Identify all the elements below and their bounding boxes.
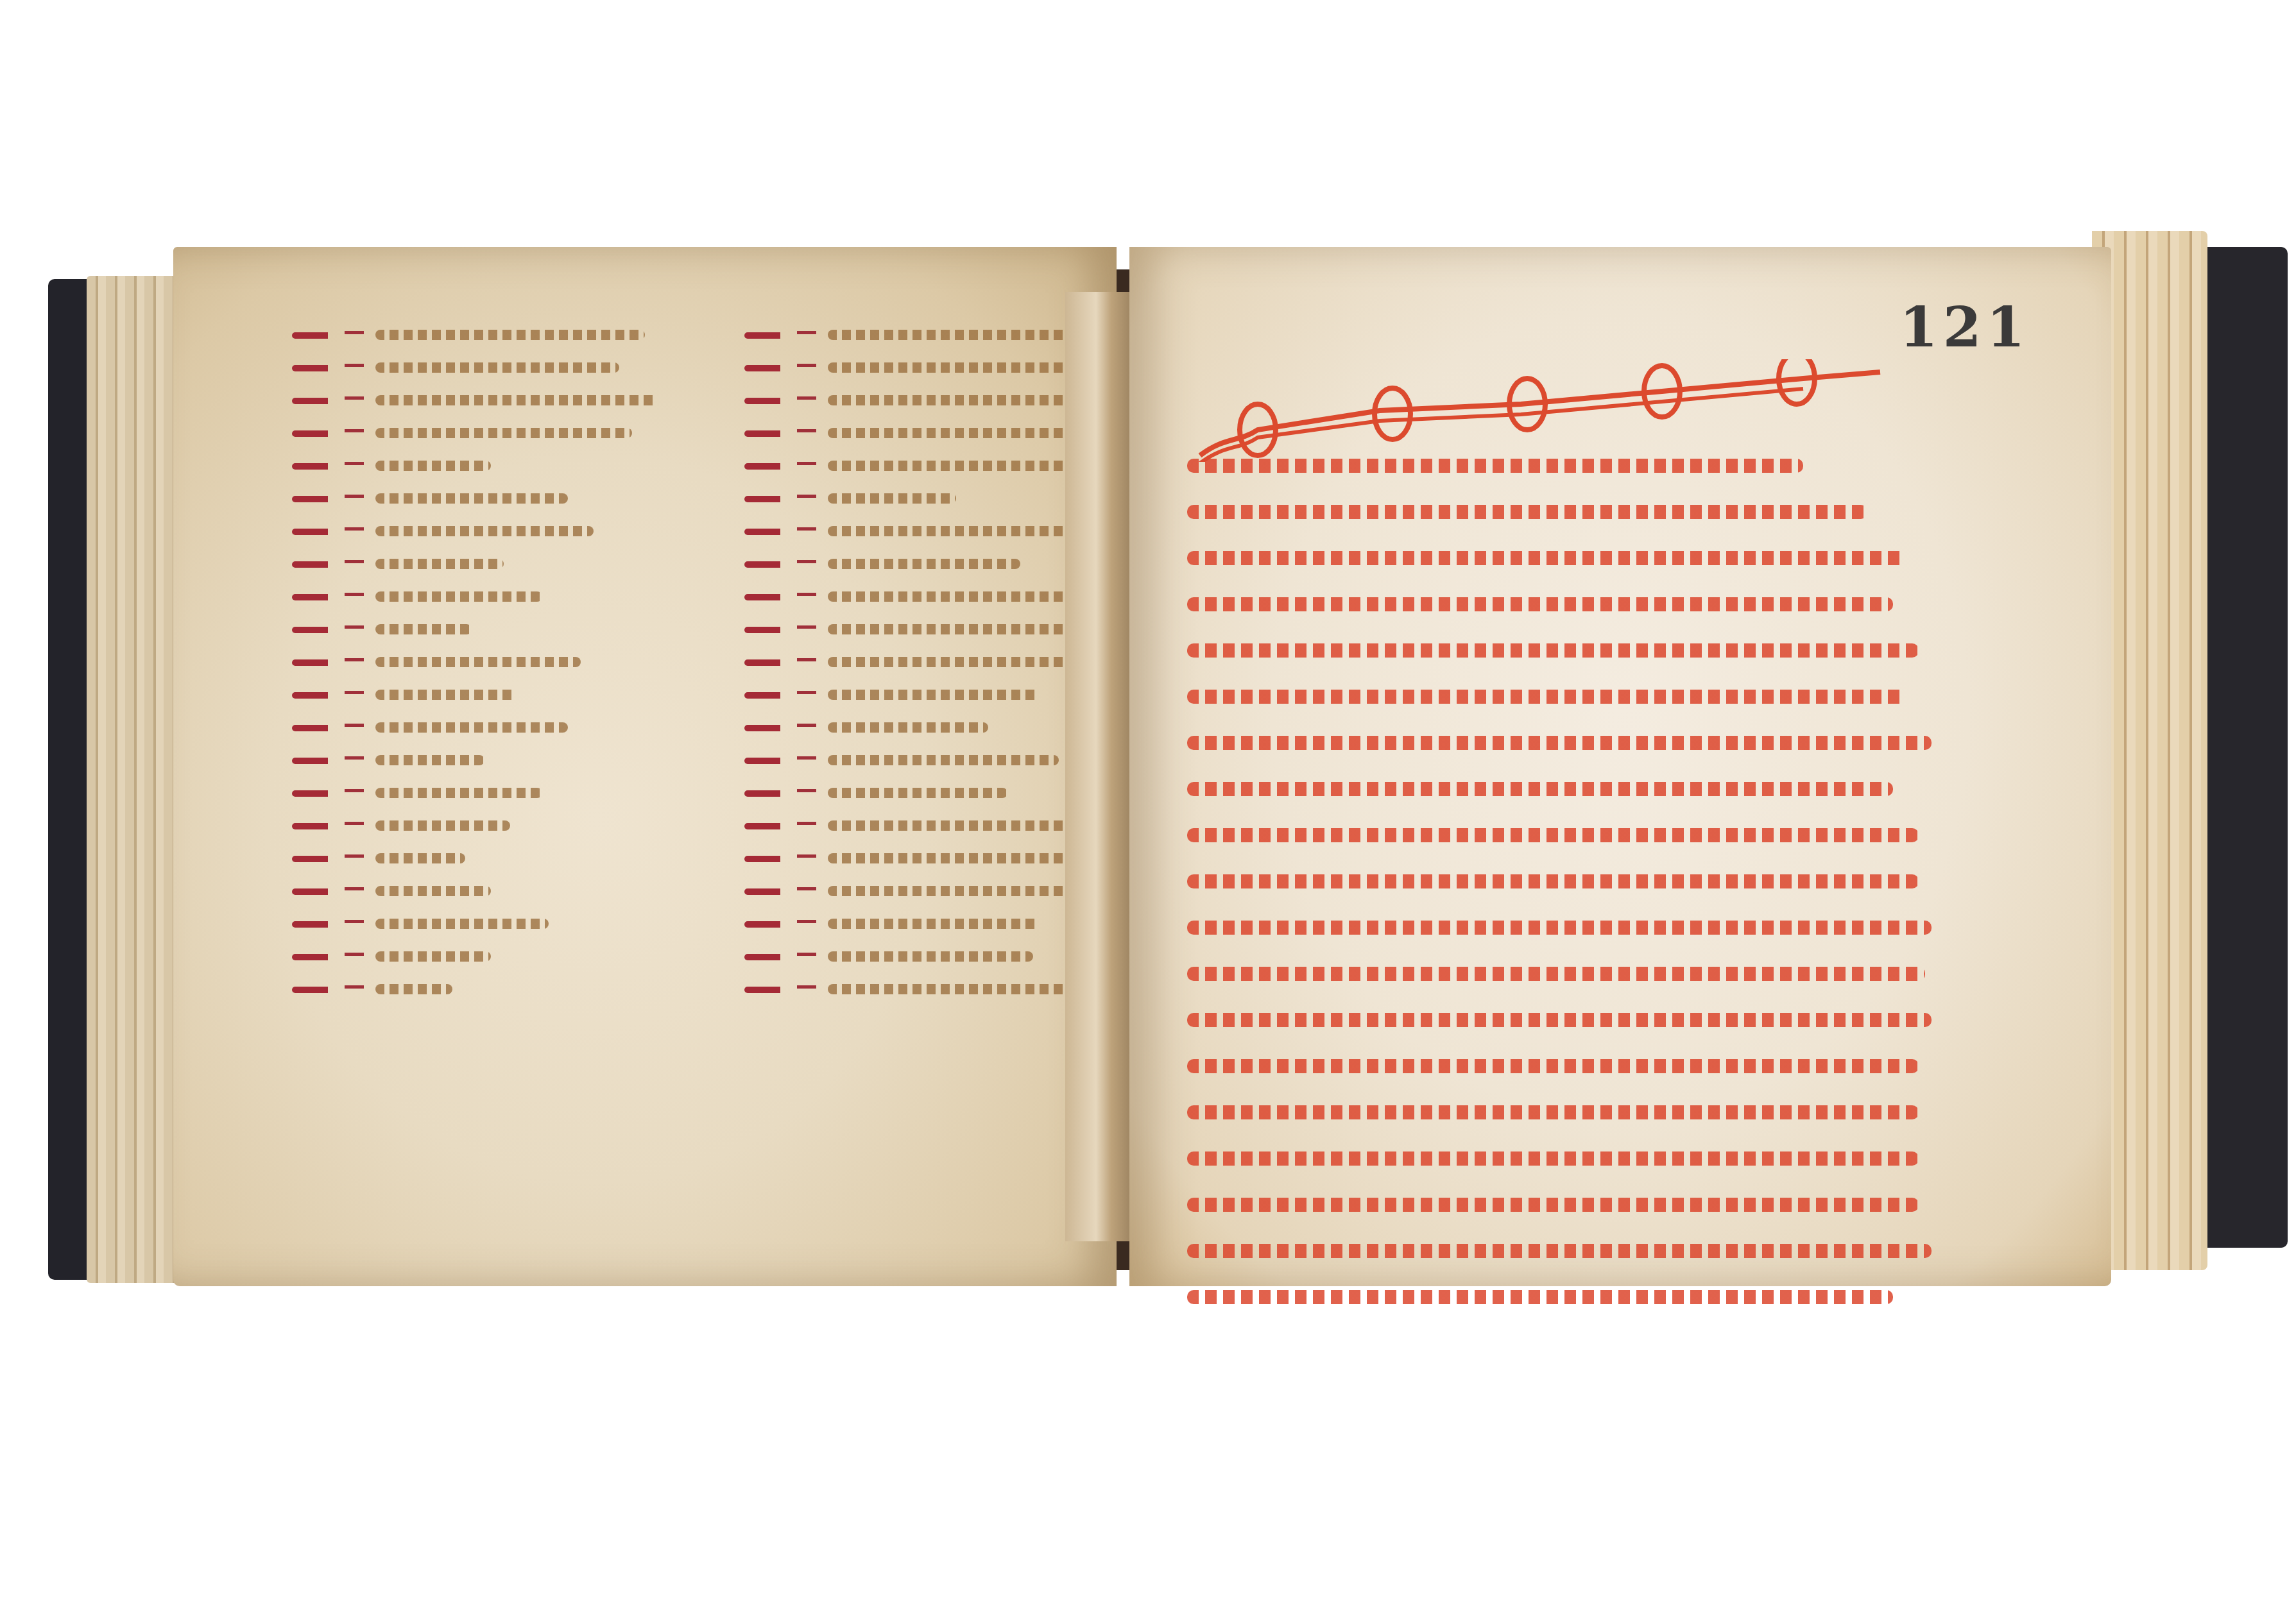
script-text: [1187, 921, 1932, 935]
rubric-mark: [345, 887, 364, 906]
rubric-mark: [345, 625, 364, 644]
rubric-mark: [797, 920, 816, 939]
chapter-numeral: [292, 594, 343, 600]
script-text: [1187, 1198, 1919, 1212]
script-text: [1187, 736, 1932, 750]
rubric-mark: [797, 691, 816, 710]
script-text: [828, 330, 1097, 340]
script-text: [1187, 1059, 1919, 1073]
chapter-numeral: [292, 921, 343, 928]
script-text: [828, 395, 1097, 405]
rubric-mark: [345, 691, 364, 710]
rubric-mark: [797, 724, 816, 742]
chapter-numeral: [744, 888, 796, 895]
rubric-mark: [797, 560, 816, 579]
chapter-numeral: [744, 332, 796, 339]
book-cover-right: [2195, 247, 2288, 1248]
script-text: [375, 559, 504, 569]
rubric-mark: [797, 658, 816, 677]
rubric-mark: [797, 953, 816, 971]
chapter-numeral: [744, 398, 796, 404]
script-text: [375, 461, 491, 471]
script-text: [828, 886, 1072, 896]
rubric-mark: [345, 331, 364, 350]
script-text: [375, 788, 542, 798]
rubric-mark: [345, 985, 364, 1004]
rubric-mark: [345, 822, 364, 840]
script-text: [375, 428, 632, 438]
chapter-numeral: [744, 496, 796, 502]
chapter-numeral: [292, 987, 343, 993]
script-text: [375, 984, 452, 994]
script-text: [828, 624, 1104, 634]
script-text: [375, 886, 491, 896]
rubric-mark: [345, 429, 364, 448]
script-text: [828, 493, 956, 504]
chapter-numeral: [292, 561, 343, 568]
chapter-numeral: [292, 758, 343, 764]
chapter-numeral: [292, 430, 343, 437]
left-page: [173, 247, 1117, 1286]
rubric-mark: [345, 724, 364, 742]
script-text: [1187, 643, 1919, 658]
chapter-numeral: [744, 954, 796, 960]
chapter-numeral: [744, 430, 796, 437]
rubric-mark: [797, 429, 816, 448]
chapter-numeral: [292, 790, 343, 797]
script-text: [828, 362, 1084, 373]
chapter-numeral: [744, 823, 796, 829]
script-text: [1187, 505, 1867, 519]
rubric-mark: [797, 462, 816, 480]
rubric-mark: [797, 527, 816, 546]
script-text: [828, 788, 1007, 798]
rubric-mark: [345, 854, 364, 873]
chapter-numeral: [292, 692, 343, 699]
script-text: [375, 951, 491, 962]
script-text: [1187, 551, 1906, 565]
script-text: [375, 657, 581, 667]
rubric-mark: [797, 985, 816, 1004]
chapter-numeral: [292, 463, 343, 470]
chapter-numeral: [292, 398, 343, 404]
chapter-numeral: [292, 823, 343, 829]
chapter-numeral: [292, 888, 343, 895]
rubric-mark: [345, 593, 364, 611]
rubric-mark: [797, 789, 816, 808]
chapter-numeral: [744, 365, 796, 371]
knot-headpiece: [1187, 359, 1893, 462]
chapter-numeral: [744, 758, 796, 764]
chapter-numeral: [292, 659, 343, 666]
chapter-numeral: [744, 463, 796, 470]
chapter-numeral: [292, 856, 343, 862]
script-text: [828, 919, 1040, 929]
rubric-mark: [345, 953, 364, 971]
script-text: [828, 591, 1097, 602]
rubric-mark: [345, 789, 364, 808]
script-text: [828, 657, 1091, 667]
chapter-numeral: [292, 529, 343, 535]
script-text: [1187, 1290, 1893, 1304]
rubric-mark: [345, 396, 364, 415]
rubric-mark: [797, 625, 816, 644]
chapter-numeral: [744, 627, 796, 633]
script-text: [1187, 1151, 1919, 1166]
script-text: [375, 853, 465, 863]
script-text: [1187, 1105, 1919, 1119]
script-text: [828, 559, 1020, 569]
rubric-mark: [345, 462, 364, 480]
script-text: [375, 493, 568, 504]
rubric-mark: [345, 756, 364, 775]
chapter-numeral: [744, 725, 796, 731]
chapter-numeral: [292, 725, 343, 731]
script-text: [1187, 967, 1925, 981]
chapter-numeral: [744, 529, 796, 535]
script-text: [375, 722, 568, 733]
chapter-numeral: [744, 987, 796, 993]
script-text: [828, 853, 1104, 863]
script-text: [1187, 690, 1906, 704]
rubric-mark: [797, 822, 816, 840]
script-text: [828, 755, 1059, 765]
rubric-mark: [797, 887, 816, 906]
rubric-mark: [345, 920, 364, 939]
script-text: [375, 755, 484, 765]
chapter-numeral: [744, 790, 796, 797]
script-text: [828, 722, 988, 733]
script-text: [375, 690, 517, 700]
chapter-numeral: [744, 921, 796, 928]
script-text: [375, 820, 510, 831]
rubric-mark: [797, 756, 816, 775]
rubric-mark: [797, 854, 816, 873]
script-text: [375, 395, 658, 405]
chapter-numeral: [744, 594, 796, 600]
script-text: [828, 951, 1033, 962]
script-text: [1187, 1244, 1932, 1258]
rubric-mark: [345, 527, 364, 546]
script-text: [375, 919, 549, 929]
script-text: [1187, 1013, 1932, 1027]
chapter-numeral: [292, 365, 343, 371]
script-text: [1187, 597, 1893, 611]
chapter-numeral: [292, 627, 343, 633]
script-text: [375, 591, 542, 602]
chapter-numeral: [744, 692, 796, 699]
rubric-mark: [345, 658, 364, 677]
rubric-mark: [345, 560, 364, 579]
rubric-mark: [345, 364, 364, 382]
rubric-mark: [797, 364, 816, 382]
rubric-mark: [797, 593, 816, 611]
script-text: [1187, 874, 1919, 888]
chapter-numeral: [744, 659, 796, 666]
rubric-mark: [797, 396, 816, 415]
chapter-numeral: [292, 496, 343, 502]
script-text: [375, 362, 619, 373]
rubric-mark: [797, 495, 816, 513]
script-text: [828, 461, 1084, 471]
script-text: [828, 820, 1084, 831]
script-text: [1187, 782, 1893, 796]
rubric-mark: [345, 495, 364, 513]
script-text: [375, 624, 472, 634]
script-text: [828, 984, 1072, 994]
chapter-numeral: [744, 561, 796, 568]
folio-number: 121: [1899, 295, 2030, 360]
chapter-numeral: [744, 856, 796, 862]
script-text: [1187, 828, 1919, 842]
page-edges-left: [87, 276, 176, 1283]
rubric-mark: [797, 331, 816, 350]
script-text: [375, 330, 645, 340]
script-text: [375, 526, 594, 536]
script-text: [828, 690, 1040, 700]
chapter-numeral: [292, 332, 343, 339]
chapter-numeral: [292, 954, 343, 960]
